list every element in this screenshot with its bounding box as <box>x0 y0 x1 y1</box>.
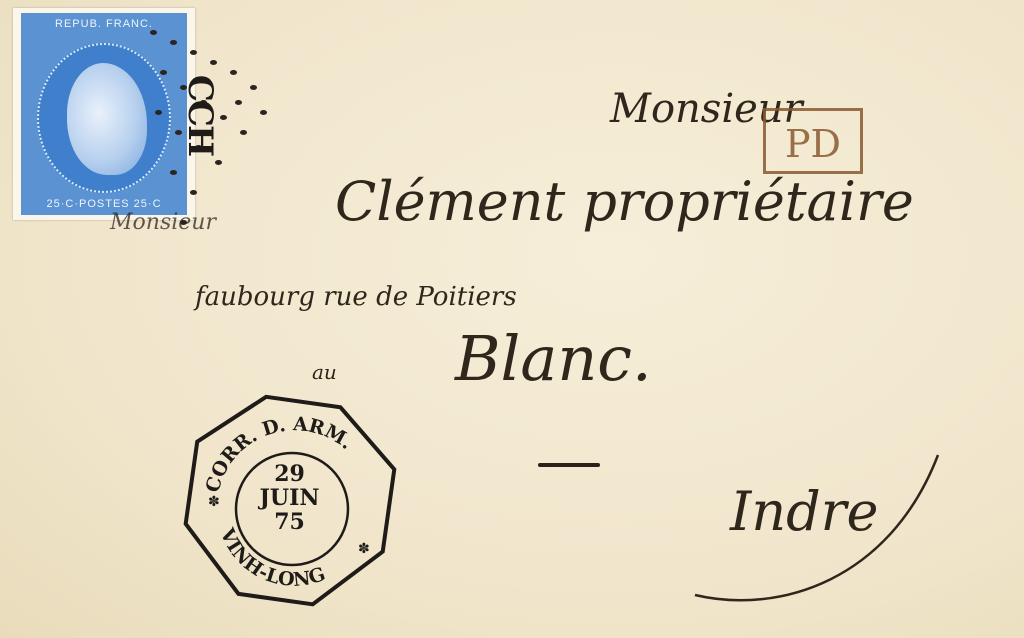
postmark-month: JUIN <box>182 487 397 509</box>
pd-handstamp: PD <box>763 108 863 174</box>
cancel-numeral: CCH <box>180 75 220 155</box>
svg-text:VINH-LONG: VINH-LONG <box>215 524 328 591</box>
street-line: faubourg rue de Poitiers <box>195 282 517 312</box>
flourish-underline <box>690 450 950 610</box>
separator-dash <box>538 463 600 467</box>
postmark-day: 29 <box>182 463 397 485</box>
postal-cover: REPUB. FRANC. 25·C·POSTES 25·C CCH Monsi… <box>0 0 1024 638</box>
salutation-line: Monsieur <box>110 210 216 235</box>
addressee-name: Clément propriétaire <box>335 170 914 233</box>
octagonal-postmark: CORR. D. ARM. VINH-LONG ✽ ✽ 29 JUIN 75 <box>182 393 397 608</box>
city-name: Blanc. <box>455 322 652 395</box>
svg-text:✽: ✽ <box>358 541 370 557</box>
ceres-head-icon <box>67 63 147 175</box>
city-prefix: au <box>312 360 337 384</box>
postmark-year: 75 <box>182 511 397 533</box>
